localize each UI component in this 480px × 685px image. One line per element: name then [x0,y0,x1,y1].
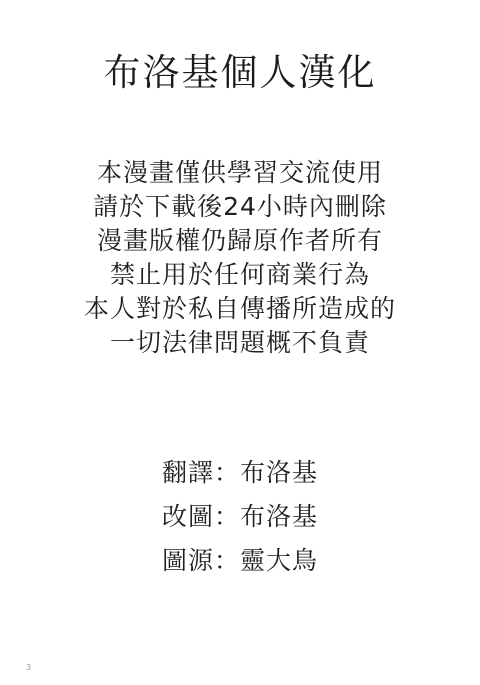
disclaimer-line-3: 漫畫版權仍歸原作者所有 [0,224,480,258]
disclaimer-line-6: 一切法律問題概不負責 [0,326,480,360]
disclaimer-line-2: 請於下載後24小時內刪除 [0,190,480,224]
disclaimer-line-1: 本漫畫僅供學習交流使用 [0,156,480,190]
credits-block: 翻譯：布洛基 改圖：布洛基 圖源：靈大鳥 [0,460,480,592]
disclaimer-line-5: 本人對於私自傳播所造成的 [0,292,480,326]
credit-line-translator: 翻譯：布洛基 [0,460,480,485]
page-title: 布洛基個人漢化 [0,42,480,96]
credit-line-editor: 改圖：布洛基 [0,504,480,529]
scanlation-credit-page: 布洛基個人漢化 本漫畫僅供學習交流使用 請於下載後24小時內刪除 漫畫版權仍歸原… [0,0,480,685]
credit-line-source: 圖源：靈大鳥 [0,548,480,573]
disclaimer-block: 本漫畫僅供學習交流使用 請於下載後24小時內刪除 漫畫版權仍歸原作者所有 禁止用… [0,156,480,360]
page-number: 3 [26,664,31,672]
disclaimer-line-4: 禁止用於任何商業行為 [0,258,480,292]
